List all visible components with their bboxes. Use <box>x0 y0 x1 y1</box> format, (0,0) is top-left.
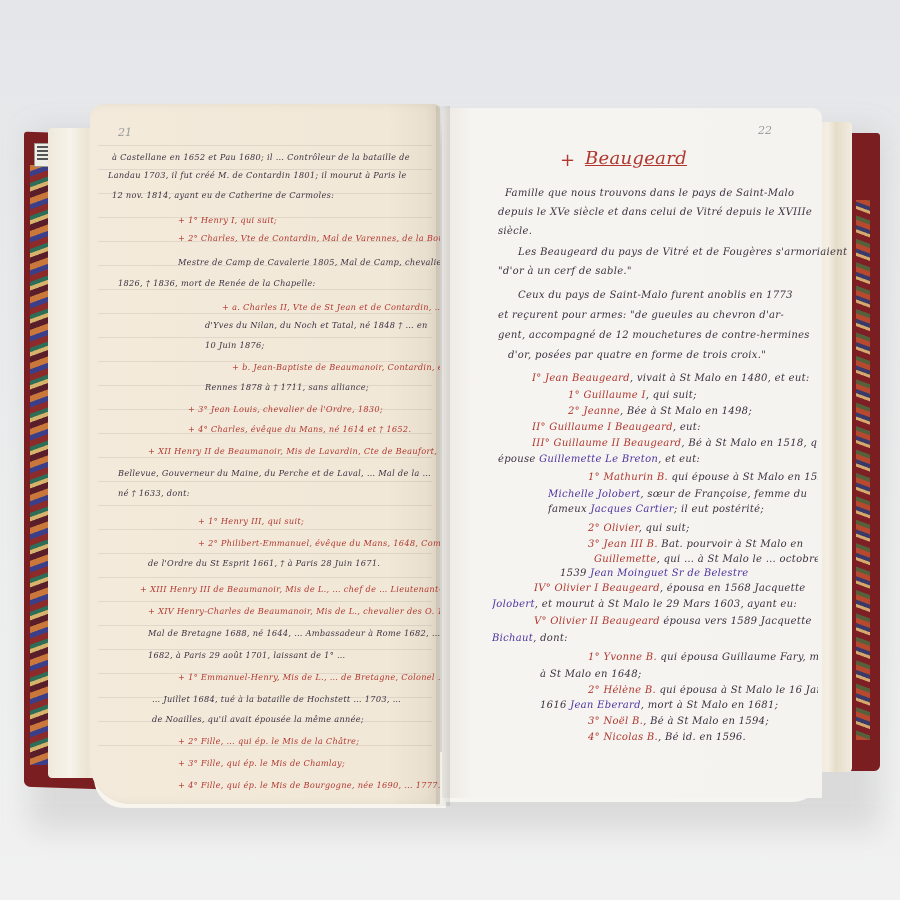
person-name-red: 3° Jean III B. <box>588 539 658 550</box>
genealogy-entry: fameux Jacques Cartier; il eut postérité… <box>548 504 764 515</box>
entry-text: épouse <box>498 454 539 465</box>
manuscript-line: né † 1633, dont: <box>118 488 190 498</box>
manuscript-line: Landau 1703, il fut créé M. de Contardin… <box>108 170 407 180</box>
manuscript-line: + XIV Henry-Charles de Beaumanoir, Mis d… <box>148 606 440 616</box>
intro-line: et reçurent pour armes: "de gueules au c… <box>498 310 784 321</box>
manuscript-line: + 2° Philibert-Emmanuel, évêque du Mans,… <box>198 538 440 548</box>
entry-text: , qui suit; <box>646 390 697 401</box>
person-name-red: III° Guillaume II Beaugeard <box>532 438 681 449</box>
manuscript-line: + 1° Henry I, qui suit; <box>178 215 277 225</box>
page-number-right: 22 <box>758 124 772 137</box>
spouse-name-violet: Jean Moinguet <box>590 568 668 579</box>
spouse-name-violet: Michelle Jolobert <box>548 489 640 500</box>
genealogy-entry: épouse Guillemette Le Breton, et eut: <box>498 454 700 465</box>
intro-line: "d'or à un cerf de sable." <box>498 266 632 277</box>
genealogy-entry: 1539 Jean Moinguet Sr de Belestre <box>560 568 748 579</box>
intro-line: Les Beaugeard du pays de Vitré et de Fou… <box>518 247 847 258</box>
entry-text: , vivait à St Malo en 1480, et eut: <box>630 373 810 384</box>
genealogy-entry: 1° Guillaume I, qui suit; <box>568 390 697 401</box>
genealogy-entry: I° Jean Beaugeard, vivait à St Malo en 1… <box>532 373 810 384</box>
entry-text: à St Malo en 1648; <box>540 669 642 680</box>
genealogy-entry: 2° Hélène B. qui épousa à St Malo le 16 … <box>588 685 818 696</box>
person-name-red: V° Olivier II Beaugeard <box>534 616 660 627</box>
manuscript-line: de Noailles, qu'il avait épousée la même… <box>152 714 364 724</box>
spouse-name-violet: Guillemette Le Breton <box>539 454 658 465</box>
manuscript-line: … Juillet 1684, tué à la bataille de Hoc… <box>152 694 401 704</box>
intro-line: siècle. <box>498 226 532 237</box>
entry-text: , et mourut à St Malo le 29 Mars 1603, a… <box>535 599 797 610</box>
manuscript-line: à Castellane en 1652 et Pau 1680; il … C… <box>112 152 410 162</box>
manuscript-line: + 3° Jean Louis, chevalier de l'Ordre, 1… <box>188 404 383 414</box>
manuscript-line: + 1° Henry III, qui suit; <box>198 516 304 526</box>
manuscript-line: + 4° Charles, évêque du Mans, né 1614 et… <box>188 424 411 434</box>
entry-text: épousa vers 1589 Jacquette <box>660 616 812 627</box>
manuscript-line: 1826, † 1836, mort de Renée de la Chapel… <box>118 278 316 288</box>
spouse-name-violet: Jolobert <box>492 599 535 610</box>
manuscript-line: Mal de Bretagne 1688, né 1644, … Ambassa… <box>148 628 440 638</box>
person-name-red: I° Jean Beaugeard <box>532 373 630 384</box>
manuscript-line: + XIII Henry III de Beaumanoir, Mis de L… <box>140 584 440 594</box>
entry-text: qui épousa Guillaume Fary, mort <box>657 652 818 663</box>
person-name-red: 2° Jeanne <box>568 406 620 417</box>
manuscript-line: Bellevue, Gouverneur du Maine, du Perche… <box>118 468 431 478</box>
spouse-name-violet: Bichaut <box>492 633 533 644</box>
genealogy-entry: III° Guillaume II Beaugeard, Bé à St Mal… <box>532 438 818 449</box>
entry-text: 1616 <box>540 700 570 711</box>
entry-text: Bat. pourvoir à St Malo en <box>658 539 804 550</box>
entry-text: , qui … à St Malo le … octobre 1582 <box>657 554 818 565</box>
person-name-red: 3° Noël B. <box>588 716 643 727</box>
person-name-red: 1° Mathurin B. <box>588 472 668 483</box>
spouse-name-violet: Jacques Cartier <box>590 504 673 515</box>
person-name-red: 1° Guillaume I <box>568 390 646 401</box>
spouse-name-violet: Sr de Belestre <box>668 568 748 579</box>
book-gutter <box>436 106 450 806</box>
manuscript-line: de l'Ordre du St Esprit 1661, † à Paris … <box>148 558 380 568</box>
person-name-red: 1° Yvonne B. <box>588 652 657 663</box>
entry-text: , qui suit; <box>639 523 690 534</box>
manuscript-line: d'Yves du Nilan, du Noch et Tatal, né 18… <box>205 320 428 330</box>
genealogy-entry: 2° Jeanne, Bée à St Malo en 1498; <box>568 406 752 417</box>
genealogy-entry: 1° Yvonne B. qui épousa Guillaume Fary, … <box>588 652 818 663</box>
manuscript-line: Rennes 1878 à † 1711, sans alliance; <box>205 382 369 392</box>
page-number-left: 21 <box>118 126 132 139</box>
intro-line: depuis le XVe siècle et dans celui de Vi… <box>498 207 812 218</box>
manuscript-line: + a. Charles II, Vte de St Jean et de Co… <box>222 302 440 312</box>
genealogy-entry: à St Malo en 1648; <box>540 669 642 680</box>
title-marker: + <box>560 150 575 171</box>
genealogy-entry: 2° Olivier, qui suit; <box>588 523 690 534</box>
manuscript-line: + 4° Fille, qui ép. le Mis de Bourgogne,… <box>178 780 440 790</box>
manuscript-line: + b. Jean-Baptiste de Beaumanoir, Contar… <box>232 362 440 372</box>
entry-text: qui épouse à St Malo en 1553 <box>668 472 818 483</box>
manuscript-line: + 2° Fille, … qui ép. le Mis de la Châtr… <box>178 736 359 746</box>
intro-line: Famille que nous trouvons dans le pays d… <box>505 188 794 199</box>
person-name-red: Guillemette <box>594 554 657 565</box>
entry-text: qui épousa à St Malo le 16 Janvier <box>656 685 818 696</box>
marbled-edge-left <box>30 165 50 765</box>
manuscript-line: 12 nov. 1814, ayant eu de Catherine de C… <box>112 190 334 200</box>
manuscript-line: 1682, à Paris 29 août 1701, laissant de … <box>148 650 345 660</box>
intro-line: Ceux du pays de Saint-Malo furent anobli… <box>518 290 793 301</box>
genealogy-entry: Michelle Jolobert, sœur de Françoise, fe… <box>548 489 807 500</box>
manuscript-line: + 1° Emmanuel-Henry, Mis de L., … de Bre… <box>178 672 440 682</box>
entry-text: , Bé à St Malo en 1518, qui <box>681 438 818 449</box>
genealogy-entry: V° Olivier II Beaugeard épousa vers 1589… <box>534 616 812 627</box>
entry-text: , dont: <box>533 633 568 644</box>
person-name-red: IV° Olivier I Beaugeard <box>534 583 660 594</box>
entry-text: , épousa en 1568 Jacquette <box>660 583 806 594</box>
genealogy-entry: IV° Olivier I Beaugeard, épousa en 1568 … <box>534 583 806 594</box>
entry-text: , sœur de Françoise, femme du <box>640 489 807 500</box>
person-name-red: II° Guillaume I Beaugeard <box>532 422 673 433</box>
genealogy-entry: 3° Noël B., Bé à St Malo en 1594; <box>588 716 769 727</box>
entry-text: 1539 <box>560 568 590 579</box>
family-title: Beaugeard <box>585 148 687 169</box>
entry-text: , Bé à St Malo en 1594; <box>643 716 769 727</box>
person-name-red: 4° Nicolas B. <box>588 732 658 743</box>
spouse-name-violet: Jean Eberard <box>570 700 641 711</box>
manuscript-line: + 2° Charles, Vte de Contardin, Mal de V… <box>178 233 440 243</box>
entry-text: , Bée à St Malo en 1498; <box>620 406 752 417</box>
entry-text: , mort à St Malo en 1681; <box>641 700 778 711</box>
person-name-red: 2° Olivier <box>588 523 639 534</box>
intro-line: d'or, posées par quatre en forme de troi… <box>508 350 766 361</box>
entry-text: fameux <box>548 504 590 515</box>
genealogy-entry: 1° Mathurin B. qui épouse à St Malo en 1… <box>588 472 818 483</box>
entry-text: , et eut: <box>658 454 700 465</box>
manuscript-line: 10 Juin 1876; <box>205 340 265 350</box>
manuscript-line: + XII Henry II de Beaumanoir, Mis de Lav… <box>148 446 440 456</box>
person-name-red: 2° Hélène B. <box>588 685 656 696</box>
intro-line: gent, accompagné de 12 mouchetures de co… <box>498 330 810 341</box>
genealogy-entry: 4° Nicolas B., Bé id. en 1596. <box>588 732 746 743</box>
genealogy-entry: Guillemette, qui … à St Malo le … octobr… <box>594 554 818 565</box>
genealogy-entry: 1616 Jean Eberard, mort à St Malo en 168… <box>540 700 778 711</box>
genealogy-entry: 3° Jean III B. Bat. pourvoir à St Malo e… <box>588 539 803 550</box>
genealogy-entry: Bichaut, dont: <box>492 633 568 644</box>
marbled-edge-right <box>856 200 870 740</box>
entry-text: ; il eut postérité; <box>674 504 764 515</box>
manuscript-line: Mestre de Camp de Cavalerie 1805, Mal de… <box>178 257 440 267</box>
manuscript-line: + 3° Fille, qui ép. le Mis de Chamlay; <box>178 758 345 768</box>
genealogy-entry: II° Guillaume I Beaugeard, eut: <box>532 422 701 433</box>
entry-text: , Bé id. en 1596. <box>658 732 746 743</box>
genealogy-entry: Jolobert, et mourut à St Malo le 29 Mars… <box>492 599 797 610</box>
entry-text: , eut: <box>673 422 701 433</box>
